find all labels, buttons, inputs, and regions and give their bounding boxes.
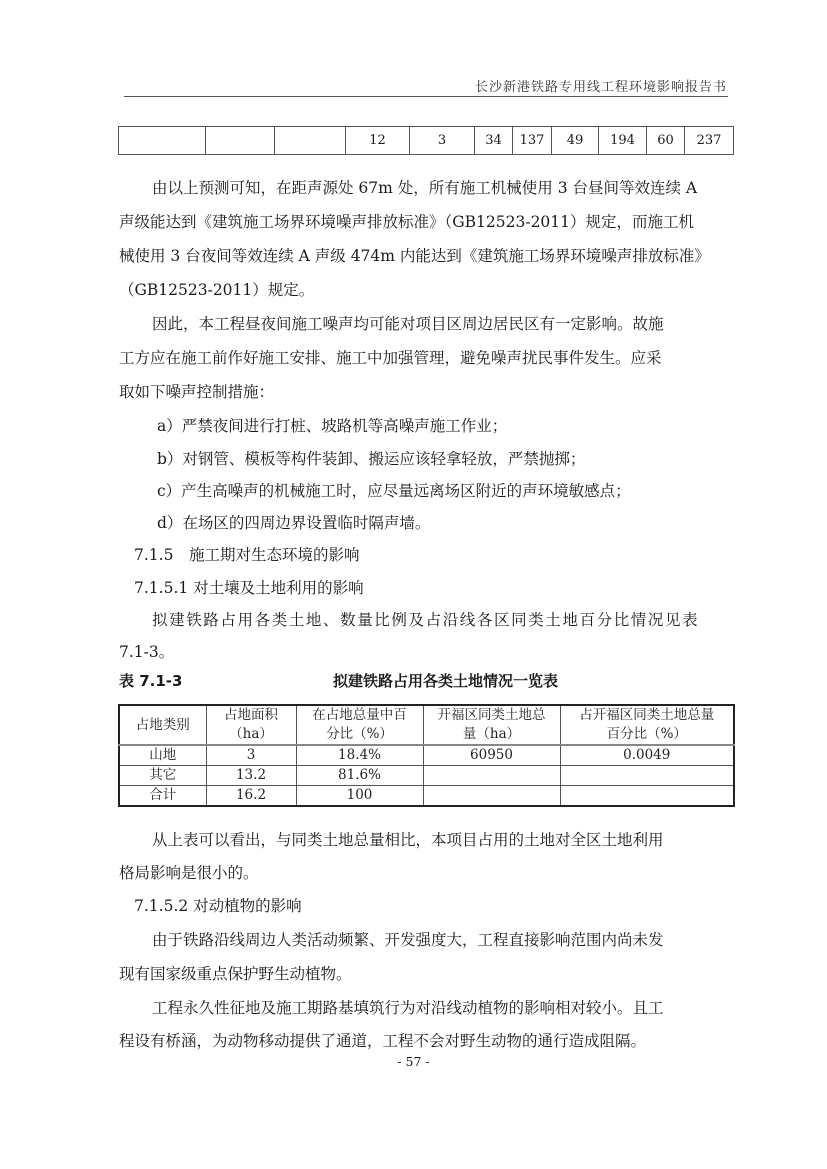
table-row: 其它 13.2 81.6% — [119, 766, 734, 786]
paragraph-line: 工程永久性征地及施工期路基填筑行为对沿线动植物的影响相对较小。且工 — [152, 996, 664, 1018]
measure-item-a: a）严禁夜间进行打桩、坡路机等高噪声施工作业； — [157, 414, 507, 436]
table-cell — [560, 766, 734, 786]
paragraph-line: 工方应在施工前作好施工安排、施工中加强管理，避免噪声扰民事件发生。应采 — [119, 346, 662, 368]
table-row: 合计 16.2 100 — [119, 786, 734, 807]
table-cell — [206, 127, 275, 155]
document-header-title: 长沙新港铁路专用线工程环境影响报告书 — [475, 76, 727, 95]
paragraph-line: 声级能达到《建筑施工场界环境噪声排放标准》（GB12523-2011）规定，而施… — [119, 210, 694, 232]
measure-item-b: b）对钢管、模板等构件装卸、搬运应该轻拿轻放，严禁抛掷； — [157, 447, 585, 469]
table-cell: 山地 — [119, 745, 206, 766]
table-cell: 194 — [599, 127, 647, 155]
table-cell: 60 — [647, 127, 685, 155]
column-header: 占地类别 — [119, 705, 206, 745]
table-cell: 3 — [410, 127, 475, 155]
table-cell: 137 — [513, 127, 552, 155]
paragraph-line: 从上表可以看出，与同类土地总量相比，本项目占用的土地对全区土地利用 — [152, 828, 664, 850]
table-cell: 12 — [346, 127, 410, 155]
table-cell: 81.6% — [296, 766, 423, 786]
paragraph-line: 取如下噪声控制措施： — [119, 380, 274, 402]
table-row: 山地 3 18.4% 60950 0.0049 — [119, 745, 734, 766]
table-cell: 其它 — [119, 766, 206, 786]
paragraph-line: 现有国家级重点保护野生动植物。 — [119, 962, 352, 984]
paragraph-line: 拟建铁路占用各类土地、数量比例及占沿线各区同类土地百分比情况见表 — [152, 608, 699, 630]
table-cell: 100 — [296, 786, 423, 807]
paragraph-line: 程设有桥涵，为动物移动提供了通道，工程不会对野生动物的通行造成阻隔。 — [119, 1029, 646, 1051]
table-cell — [275, 127, 346, 155]
table-cell: 16.2 — [206, 786, 296, 807]
paragraph-line: 由于铁路沿线周边人类活动频繁、开发强度大，工程直接影响范围内尚未发 — [152, 928, 664, 950]
table-cell — [560, 786, 734, 807]
paragraph-line: 由以上预测可知，在距声源处 67m 处，所有施工机械使用 3 台昼间等效连续 A — [152, 176, 697, 198]
column-header: 占开福区同类土地总量百分比（%） — [560, 705, 734, 745]
paragraph-line: （GB12523-2011）规定。 — [119, 278, 314, 300]
paragraph-line: 格局影响是很小的。 — [119, 861, 259, 883]
column-header: 开福区同类土地总量（ha） — [423, 705, 560, 745]
column-header: 在占地总量中百分比（%） — [296, 705, 423, 745]
measure-item-d: d）在场区的四周边界设置临时隔声墙。 — [157, 511, 430, 533]
header-rule — [124, 96, 728, 97]
land-use-table: 占地类别 占地面积（ha） 在占地总量中百分比（%） 开福区同类土地总量（ha）… — [118, 704, 735, 807]
column-header: 占地面积（ha） — [206, 705, 296, 745]
section-heading-7-1-5-1: 7.1.5.1 对土壤及土地利用的影响 — [134, 576, 364, 598]
table-header-row: 占地类别 占地面积（ha） 在占地总量中百分比（%） 开福区同类土地总量（ha）… — [119, 705, 734, 745]
table-cell: 3 — [206, 745, 296, 766]
table-cell: 60950 — [423, 745, 560, 766]
table-cell: 合计 — [119, 786, 206, 807]
table-cell — [119, 127, 206, 155]
table-cell — [423, 766, 560, 786]
table-cell: 13.2 — [206, 766, 296, 786]
table-caption-number: 表 7.1-3 — [119, 670, 182, 691]
section-heading-7-1-5-2: 7.1.5.2 对动植物的影响 — [134, 894, 302, 916]
table-caption-title: 拟建铁路占用各类土地情况一览表 — [333, 670, 558, 691]
paragraph-line: 械使用 3 台夜间等效连续 A 声级 474m 内能达到《建筑施工场界环境噪声排… — [119, 244, 710, 266]
table-cell: 34 — [475, 127, 513, 155]
table-cell: 0.0049 — [560, 745, 734, 766]
noise-distance-table-fragment: 12 3 34 137 49 194 60 237 — [118, 126, 734, 155]
measure-item-c: c）产生高噪声的机械施工时，应尽量远离场区附近的声环境敏感点； — [157, 479, 631, 501]
section-heading-7-1-5: 7.1.5 施工期对生态环境的影响 — [134, 543, 359, 565]
page-number: - 57 - — [0, 1054, 827, 1069]
paragraph-line: 因此，本工程昼夜间施工噪声均可能对项目区周边居民区有一定影响。故施 — [152, 312, 664, 334]
paragraph-line: 7.1-3。 — [119, 640, 174, 662]
table-cell: 49 — [552, 127, 599, 155]
table-row: 12 3 34 137 49 194 60 237 — [119, 127, 734, 155]
table-cell: 237 — [685, 127, 734, 155]
table-cell — [423, 786, 560, 807]
table-cell: 18.4% — [296, 745, 423, 766]
